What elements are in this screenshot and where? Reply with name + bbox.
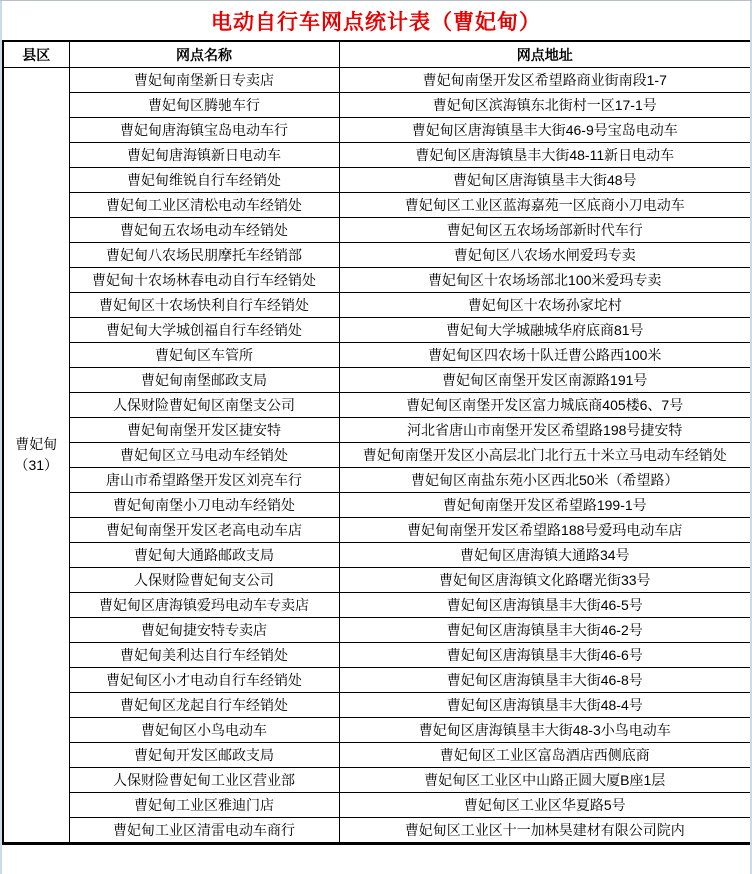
county-label: 曹妃甸 xyxy=(6,434,67,455)
outlet-name-cell: 曹妃甸开发区邮政支局 xyxy=(69,743,339,768)
outlet-name-cell: 唐山市希望路堡开发区刘亮车行 xyxy=(69,468,339,493)
outlet-name-cell: 曹妃甸区十农场快利自行车经销处 xyxy=(69,293,339,318)
outlet-address-cell: 曹妃甸区滨海镇东北街村一区17-1号 xyxy=(339,93,751,118)
outlet-name-cell: 曹妃甸南堡开发区老高电动车店 xyxy=(69,518,339,543)
table-body: 曹妃甸（31）曹妃甸南堡新日专卖店曹妃甸南堡开发区希望路商业街南段1-7曹妃甸区… xyxy=(3,68,751,844)
outlet-name-cell: 曹妃甸美利达自行车经销处 xyxy=(69,643,339,668)
outlet-address-cell: 曹妃甸区唐海镇垦丰大街46-6号 xyxy=(339,643,751,668)
outlet-address-cell: 曹妃甸区唐海镇垦丰大街48-11新日电动车 xyxy=(339,143,751,168)
outlet-name-cell: 曹妃甸大通路邮政支局 xyxy=(69,543,339,568)
table-row: 曹妃甸捷安特专卖店曹妃甸区唐海镇垦丰大街46-2号 xyxy=(3,618,751,643)
outlet-address-cell: 曹妃甸区十农场场部北100米爱玛专卖 xyxy=(339,268,751,293)
outlet-address-cell: 曹妃甸南堡开发区希望路188号爱玛电动车店 xyxy=(339,518,751,543)
outlet-name-cell: 曹妃甸区腾驰车行 xyxy=(69,93,339,118)
table-row: 曹妃甸八农场民朋摩托车经销部曹妃甸区八农场水闸爱玛专卖 xyxy=(3,243,751,268)
outlet-address-cell: 曹妃甸区工业区蓝海嘉苑一区底商小刀电动车 xyxy=(339,193,751,218)
table-row: 曹妃甸区唐海镇爱玛电动车专卖店曹妃甸区唐海镇垦丰大街46-5号 xyxy=(3,593,751,618)
outlet-address-cell: 曹妃甸区南堡开发区富力城底商405楼6、7号 xyxy=(339,393,751,418)
table-row: 曹妃甸区小鸟电动车曹妃甸区唐海镇垦丰大街48-3小鸟电动车 xyxy=(3,718,751,743)
outlet-name-cell: 曹妃甸南堡邮政支局 xyxy=(69,368,339,393)
table-row: 曹妃甸大学城创福自行车经销处曹妃甸大学城融城华府底商81号 xyxy=(3,318,751,343)
table-row: 曹妃甸十农场林春电动自行车经销处曹妃甸区十农场场部北100米爱玛专卖 xyxy=(3,268,751,293)
table-row: 曹妃甸（31）曹妃甸南堡新日专卖店曹妃甸南堡开发区希望路商业街南段1-7 xyxy=(3,68,751,93)
outlet-name-cell: 曹妃甸维锐自行车经销处 xyxy=(69,168,339,193)
outlet-address-cell: 曹妃甸区工业区中山路正圆大厦B座1层 xyxy=(339,768,751,793)
outlet-name-cell: 曹妃甸南堡新日专卖店 xyxy=(69,68,339,93)
outlet-address-cell: 河北省唐山市南堡开发区希望路198号捷安特 xyxy=(339,418,751,443)
outlet-name-cell: 曹妃甸南堡小刀电动车经销处 xyxy=(69,493,339,518)
table-row: 曹妃甸开发区邮政支局曹妃甸区工业区富岛酒店西侧底商 xyxy=(3,743,751,768)
outlet-name-cell: 曹妃甸八农场民朋摩托车经销部 xyxy=(69,243,339,268)
table-row: 人保财险曹妃甸工业区营业部曹妃甸区工业区中山路正圆大厦B座1层 xyxy=(3,768,751,793)
table-row: 曹妃甸美利达自行车经销处曹妃甸区唐海镇垦丰大街46-6号 xyxy=(3,643,751,668)
table-header: 县区 网点名称 网点地址 xyxy=(3,41,751,68)
outlet-name-cell: 人保财险曹妃甸工业区营业部 xyxy=(69,768,339,793)
outlet-address-cell: 曹妃甸区四农场十队迁曹公路西100米 xyxy=(339,343,751,368)
table-row: 曹妃甸区十农场快利自行车经销处曹妃甸区十农场孙家坨村 xyxy=(3,293,751,318)
table-row: 曹妃甸工业区雅迪门店曹妃甸区工业区华夏路5号 xyxy=(3,793,751,818)
outlet-name-cell: 曹妃甸工业区清松电动车经销处 xyxy=(69,193,339,218)
header-name: 网点名称 xyxy=(69,41,339,68)
table-row: 曹妃甸区小才电动自行车经销处曹妃甸区唐海镇垦丰大街46-8号 xyxy=(3,668,751,693)
table-row: 曹妃甸区车管所曹妃甸区四农场十队迁曹公路西100米 xyxy=(3,343,751,368)
outlet-address-cell: 曹妃甸区工业区十一加林昊建材有限公司院内 xyxy=(339,818,751,844)
screen-edge-artifact-left xyxy=(0,1,2,874)
outlet-name-cell: 曹妃甸十农场林春电动自行车经销处 xyxy=(69,268,339,293)
outlet-address-cell: 曹妃甸区五农场场部新时代车行 xyxy=(339,218,751,243)
table-row: 曹妃甸唐海镇新日电动车曹妃甸区唐海镇垦丰大街48-11新日电动车 xyxy=(3,143,751,168)
outlet-name-cell: 曹妃甸大学城创福自行车经销处 xyxy=(69,318,339,343)
outlet-name-cell: 曹妃甸区小鸟电动车 xyxy=(69,718,339,743)
table-row: 曹妃甸大通路邮政支局曹妃甸区唐海镇大通路34号 xyxy=(3,543,751,568)
outlet-address-cell: 曹妃甸区南盐东苑小区西北50米（希望路） xyxy=(339,468,751,493)
outlet-address-cell: 曹妃甸区工业区华夏路5号 xyxy=(339,793,751,818)
outlet-address-cell: 曹妃甸区唐海镇垦丰大街46-2号 xyxy=(339,618,751,643)
network-stats-table: 县区 网点名称 网点地址 曹妃甸（31）曹妃甸南堡新日专卖店曹妃甸南堡开发区希望… xyxy=(2,40,752,845)
outlet-address-cell: 曹妃甸区唐海镇垦丰大街46-9号宝岛电动车 xyxy=(339,118,751,143)
outlet-address-cell: 曹妃甸区八农场水闸爱玛专卖 xyxy=(339,243,751,268)
outlet-name-cell: 曹妃甸区立马电动车经销处 xyxy=(69,443,339,468)
outlet-address-cell: 曹妃甸区十农场孙家坨村 xyxy=(339,293,751,318)
outlet-name-cell: 曹妃甸南堡开发区捷安特 xyxy=(69,418,339,443)
page: 电动自行车网点统计表（曹妃甸） 县区 网点名称 网点地址 曹妃甸（31）曹妃甸南… xyxy=(0,0,752,874)
outlet-name-cell: 曹妃甸唐海镇宝岛电动车行 xyxy=(69,118,339,143)
outlet-name-cell: 曹妃甸工业区雅迪门店 xyxy=(69,793,339,818)
outlet-name-cell: 曹妃甸区小才电动自行车经销处 xyxy=(69,668,339,693)
outlet-address-cell: 曹妃甸区唐海镇垦丰大街46-8号 xyxy=(339,668,751,693)
outlet-address-cell: 曹妃甸区唐海镇垦丰大街48号 xyxy=(339,168,751,193)
outlet-name-cell: 曹妃甸五农场电动车经销处 xyxy=(69,218,339,243)
outlet-address-cell: 曹妃甸区唐海镇文化路曙光街33号 xyxy=(339,568,751,593)
county-cell: 曹妃甸（31） xyxy=(3,68,69,844)
table-row: 曹妃甸区龙起自行车经销处曹妃甸区唐海镇垦丰大街48-4号 xyxy=(3,693,751,718)
header-row: 县区 网点名称 网点地址 xyxy=(3,41,751,68)
outlet-name-cell: 曹妃甸区车管所 xyxy=(69,343,339,368)
table-row: 曹妃甸南堡小刀电动车经销处曹妃甸南堡开发区希望路199-1号 xyxy=(3,493,751,518)
outlet-name-cell: 人保财险曹妃甸支公司 xyxy=(69,568,339,593)
table-row: 唐山市希望路堡开发区刘亮车行曹妃甸区南盐东苑小区西北50米（希望路） xyxy=(3,468,751,493)
outlet-address-cell: 曹妃甸区唐海镇大通路34号 xyxy=(339,543,751,568)
outlet-address-cell: 曹妃甸大学城融城华府底商81号 xyxy=(339,318,751,343)
table-row: 曹妃甸南堡开发区老高电动车店曹妃甸南堡开发区希望路188号爱玛电动车店 xyxy=(3,518,751,543)
table-row: 曹妃甸工业区清雷电动车商行曹妃甸区工业区十一加林昊建材有限公司院内 xyxy=(3,818,751,844)
outlet-name-cell: 曹妃甸唐海镇新日电动车 xyxy=(69,143,339,168)
table-row: 曹妃甸工业区清松电动车经销处曹妃甸区工业区蓝海嘉苑一区底商小刀电动车 xyxy=(3,193,751,218)
outlet-name-cell: 曹妃甸工业区清雷电动车商行 xyxy=(69,818,339,844)
table-row: 曹妃甸南堡邮政支局曹妃甸区南堡开发区南源路191号 xyxy=(3,368,751,393)
outlet-address-cell: 曹妃甸南堡开发区希望路199-1号 xyxy=(339,493,751,518)
outlet-address-cell: 曹妃甸区工业区富岛酒店西侧底商 xyxy=(339,743,751,768)
table-row: 人保财险曹妃甸支公司曹妃甸区唐海镇文化路曙光街33号 xyxy=(3,568,751,593)
table-row: 曹妃甸维锐自行车经销处曹妃甸区唐海镇垦丰大街48号 xyxy=(3,168,751,193)
table-row: 人保财险曹妃甸区南堡支公司曹妃甸区南堡开发区富力城底商405楼6、7号 xyxy=(3,393,751,418)
outlet-address-cell: 曹妃甸区唐海镇垦丰大街48-3小鸟电动车 xyxy=(339,718,751,743)
outlet-address-cell: 曹妃甸区唐海镇垦丰大街46-5号 xyxy=(339,593,751,618)
outlet-address-cell: 曹妃甸区唐海镇垦丰大街48-4号 xyxy=(339,693,751,718)
page-title: 电动自行车网点统计表（曹妃甸） xyxy=(0,1,752,40)
table-row: 曹妃甸区立马电动车经销处曹妃甸南堡开发区小高层北门北行五十米立马电动车经销处 xyxy=(3,443,751,468)
outlet-address-cell: 曹妃甸南堡开发区希望路商业街南段1-7 xyxy=(339,68,751,93)
outlet-name-cell: 人保财险曹妃甸区南堡支公司 xyxy=(69,393,339,418)
table-row: 曹妃甸区腾驰车行曹妃甸区滨海镇东北街村一区17-1号 xyxy=(3,93,751,118)
header-address: 网点地址 xyxy=(339,41,751,68)
county-count: （31） xyxy=(6,455,67,476)
outlet-name-cell: 曹妃甸区唐海镇爱玛电动车专卖店 xyxy=(69,593,339,618)
outlet-address-cell: 曹妃甸区南堡开发区南源路191号 xyxy=(339,368,751,393)
table-row: 曹妃甸南堡开发区捷安特河北省唐山市南堡开发区希望路198号捷安特 xyxy=(3,418,751,443)
table-row: 曹妃甸唐海镇宝岛电动车行曹妃甸区唐海镇垦丰大街46-9号宝岛电动车 xyxy=(3,118,751,143)
outlet-name-cell: 曹妃甸捷安特专卖店 xyxy=(69,618,339,643)
table-row: 曹妃甸五农场电动车经销处曹妃甸区五农场场部新时代车行 xyxy=(3,218,751,243)
header-county: 县区 xyxy=(3,41,69,68)
outlet-name-cell: 曹妃甸区龙起自行车经销处 xyxy=(69,693,339,718)
outlet-address-cell: 曹妃甸南堡开发区小高层北门北行五十米立马电动车经销处 xyxy=(339,443,751,468)
